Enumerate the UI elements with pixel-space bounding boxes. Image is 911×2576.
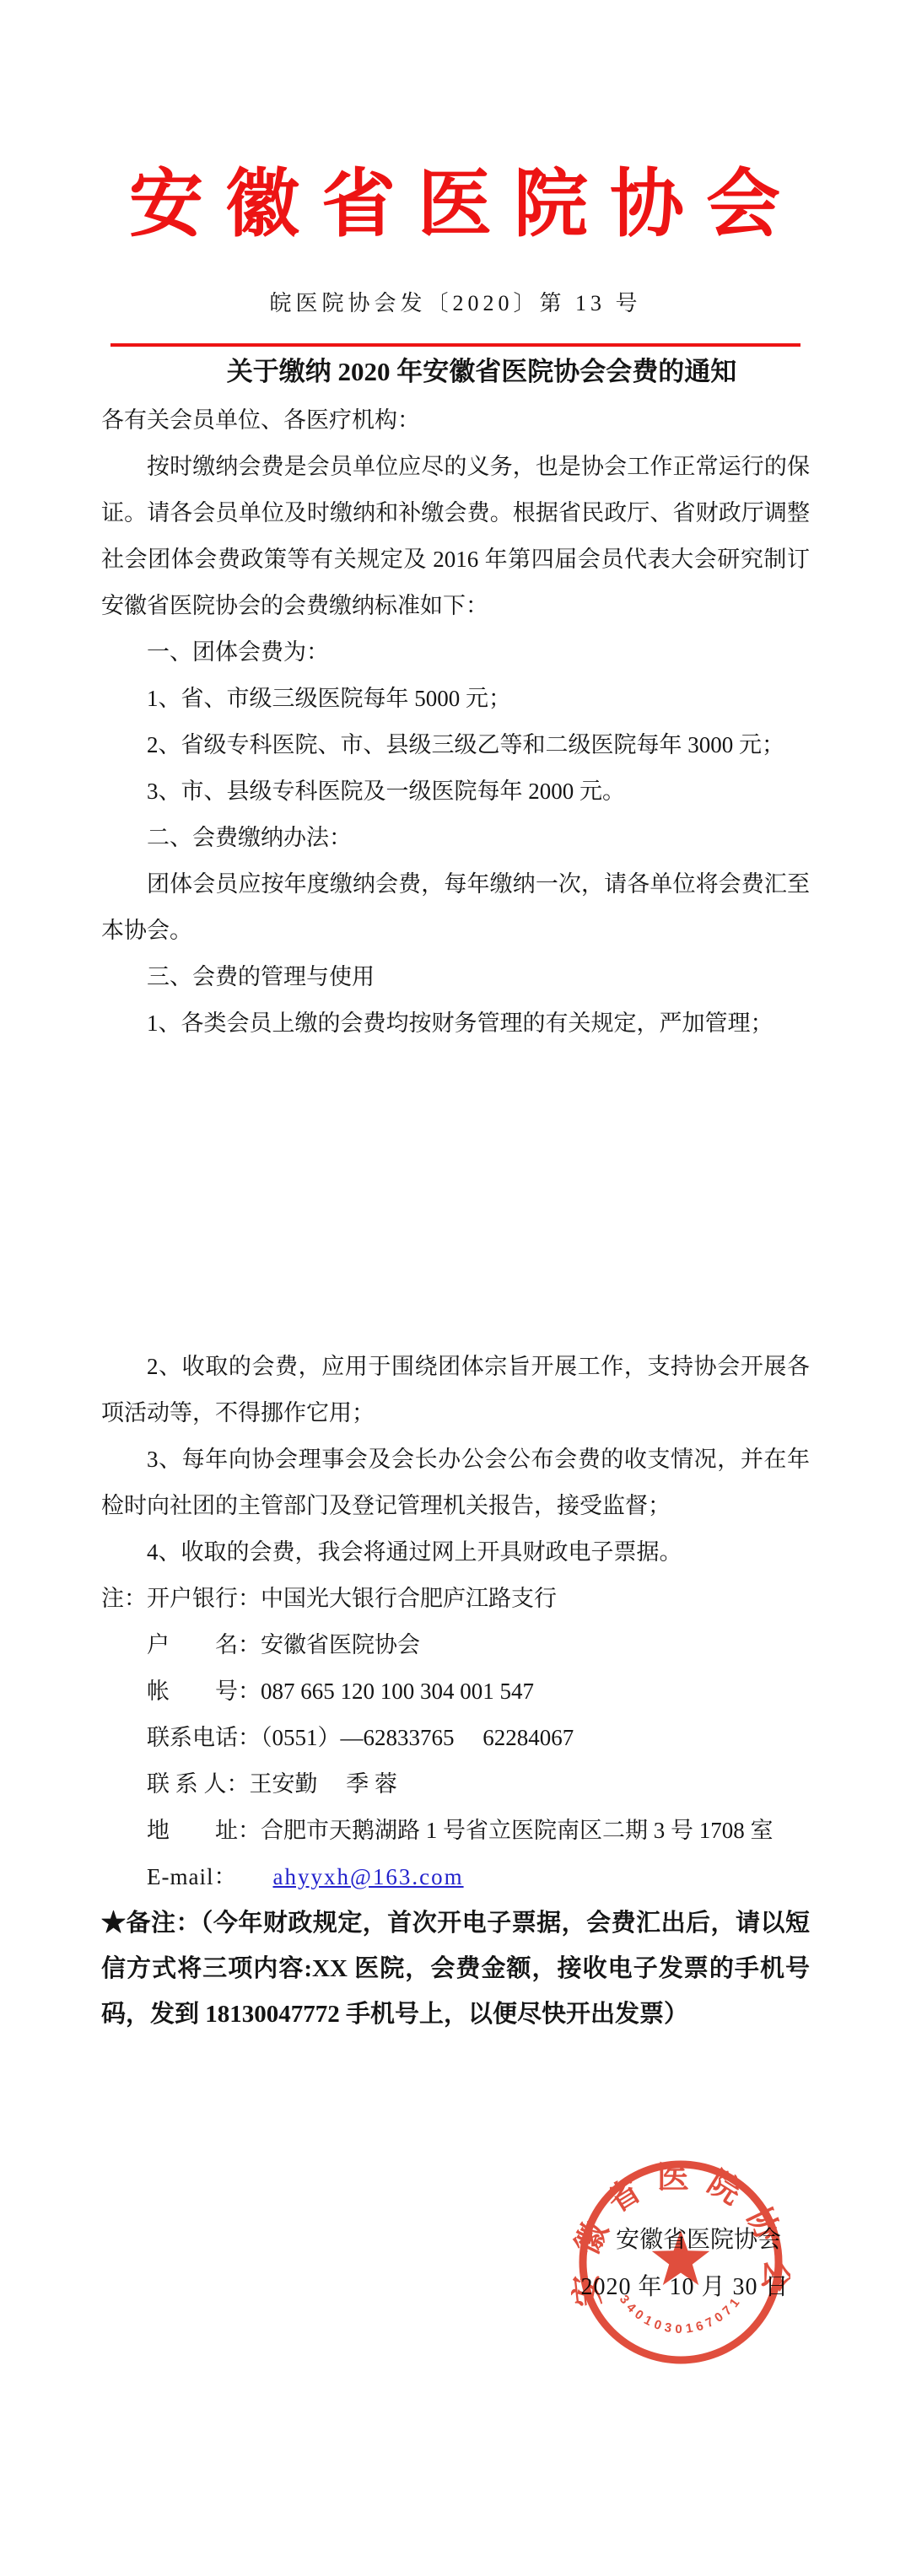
account-name-line: 户 名：安徽省医院协会 [101,1622,810,1668]
official-seal: 安徽省医院协会 3401030167071 [571,2153,790,2372]
management-item: 1、各类会员上缴的会费均按财务管理的有关规定，严加管理； [101,1000,810,1047]
seal-star-icon [652,2230,709,2285]
fee-item: 2、省级专科医院、市、县级三级乙等和二级医院每年 3000 元； [101,722,810,768]
document-page: 安 徽 省 医 院 协 会 皖医院协会发〔2020〕第 13 号 关于缴纳 20… [0,0,911,2576]
fee-item: 3、市、县级专科医院及一级医院每年 2000 元。 [101,768,810,815]
section3-heading: 三、会费的管理与使用 [101,954,810,1000]
letterhead: 安 徽 省 医 院 协 会 皖医院协会发〔2020〕第 13 号 [0,0,911,347]
bank-line: 注：开户银行：中国光大银行合肥庐江路支行 [101,1576,810,1622]
intro-paragraph: 按时缴纳会费是会员单位应尽的义务，也是协会工作正常运行的保证。请各会员单位及时缴… [101,444,810,629]
email-label: E-mail： [147,1864,237,1889]
section2-paragraph: 团体会员应按年度缴纳会费，每年缴纳一次，请各单位将会费汇至本协会。 [101,861,810,954]
account-number-line: 帐 号：087 665 120 100 304 001 547 [101,1668,810,1715]
salutation: 各有关会员单位、各医疗机构： [101,397,810,444]
address-line: 地 址：合肥市天鹅湖路 1 号省立医院南区二期 3 号 1708 室 [101,1808,810,1854]
contact-person-line: 联 系 人：王安勤 季 蓉 [101,1761,810,1808]
org-title: 安 徽 省 医 院 协 会 [0,165,911,247]
page-break-gap [101,1047,810,1344]
section1-heading: 一、团体会费为： [101,629,810,676]
email-line: E-mail：ahyyxh@163.com [101,1854,810,1900]
section2-heading: 二、会费缴纳办法： [101,815,810,861]
seal-code-text: 3401030167071 [617,2293,745,2336]
notice-title: 关于缴纳 2020 年安徽省医院协会会费的通知 [101,347,810,397]
remark-paragraph: ★备注：（今年财政规定，首次开电子票据，会费汇出后，请以短信方式将三项内容:XX… [101,1900,810,2037]
email-link[interactable]: ahyyxh@163.com [272,1864,463,1889]
management-item: 2、收取的会费，应用于围绕团体宗旨开展工作，支持协会开展各项活动等，不得挪作它用… [101,1344,810,1436]
management-item: 4、收取的会费，我会将通过网上开具财政电子票据。 [101,1529,810,1576]
phone-line: 联系电话：（0551）—62833765 62284067 [101,1715,810,1761]
document-body: 关于缴纳 2020 年安徽省医院协会会费的通知 各有关会员单位、各医疗机构： 按… [101,347,810,2037]
payment-info: 注：开户银行：中国光大银行合肥庐江路支行 户 名：安徽省医院协会 帐 号：087… [101,1576,810,1900]
management-item: 3、每年向协会理事会及会长办公会公布会费的收支情况，并在年检时向社团的主管部门及… [101,1436,810,1529]
fee-item: 1、省、市级三级医院每年 5000 元； [101,676,810,722]
svg-text:3401030167071: 3401030167071 [617,2293,745,2336]
doc-number: 皖医院协会发〔2020〕第 13 号 [0,289,911,318]
